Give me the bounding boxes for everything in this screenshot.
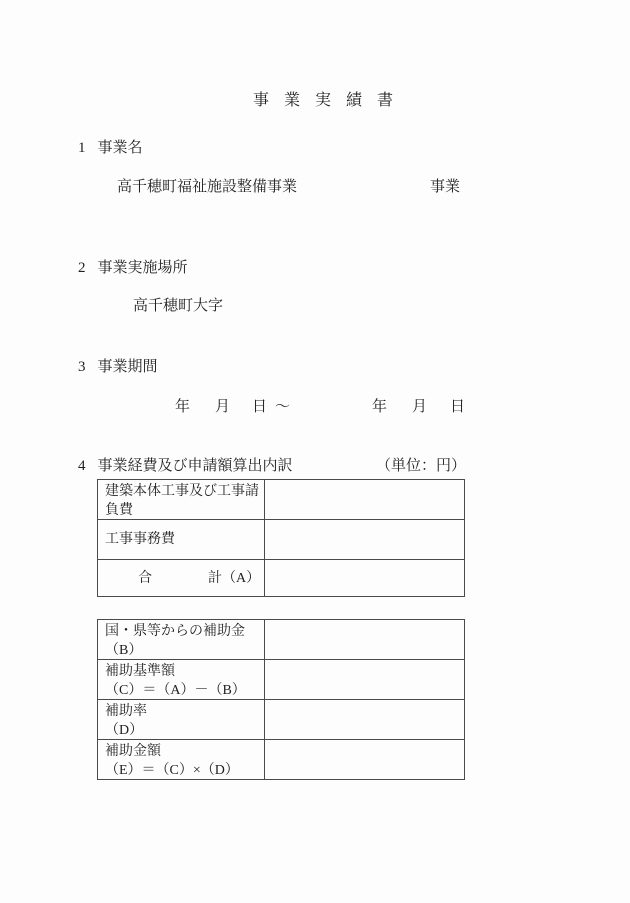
period-start-month-label: 月 <box>215 398 230 416</box>
subsidy-table-row-grant: 国・県等からの補助金 （B） <box>98 620 464 659</box>
section-2-title: 事業実施場所 <box>98 259 188 277</box>
row-label-line1: 補助金額 <box>105 742 262 761</box>
row-value-cell <box>265 660 464 699</box>
section-3-heading: 3 事業期間 <box>78 358 158 376</box>
period-start-year-label: 年 <box>175 398 190 416</box>
section-1-number: 1 <box>78 139 86 157</box>
row-value-cell <box>265 480 464 519</box>
section-4-title: 事業経費及び申請額算出内訳 <box>98 457 293 475</box>
row-value-cell <box>265 560 464 596</box>
period-end-month-label: 月 <box>412 398 427 416</box>
section-4-number: 4 <box>78 457 86 475</box>
cost-table-row-admin: 工事事務費 <box>98 519 464 559</box>
subsidy-table-row-base-amount: 補助基準額 （C）＝（A）－（B） <box>98 659 464 699</box>
row-label-cell: 合 計（A） <box>98 560 265 596</box>
section-2-heading: 2 事業実施場所 <box>78 259 188 277</box>
document-title: 事業実績書 <box>253 87 408 110</box>
cost-table-row-construction: 建築本体工事及び工事請負費 <box>98 480 464 519</box>
subsidy-table-row-rate: 補助率 （D） <box>98 699 464 739</box>
row-label-line2: （D） <box>105 721 262 739</box>
row-value-cell <box>265 520 464 559</box>
row-label-line2: （B） <box>105 641 262 659</box>
row-label-cell: 補助率 （D） <box>98 700 265 739</box>
unit-note: （単位：円） <box>376 457 466 475</box>
subsidy-table: 国・県等からの補助金 （B） 補助基準額 （C）＝（A）－（B） 補助率 （D）… <box>97 619 465 780</box>
row-label-line2: （E）＝（C）×（D） <box>105 761 262 779</box>
row-label-line2: （C）＝（A）－（B） <box>105 681 262 699</box>
section-1-heading: 1 事業名 <box>78 139 143 157</box>
location-text: 高千穂町大字 <box>133 297 223 315</box>
row-label-cell: 国・県等からの補助金 （B） <box>98 620 265 659</box>
row-label-cell: 建築本体工事及び工事請負費 <box>98 480 265 519</box>
row-value-cell <box>265 700 464 739</box>
period-tilde: ～ <box>275 398 290 416</box>
row-label-cell: 補助金額 （E）＝（C）×（D） <box>98 740 265 779</box>
period-line: 年 月 日 ～ 年 月 日 <box>0 398 630 418</box>
business-name-suffix: 事業 <box>430 178 460 196</box>
document-page: 事業実績書 1 事業名 高千穂町福祉施設整備事業 事業 2 事業実施場所 高千穂… <box>0 0 630 903</box>
section-1-title: 事業名 <box>98 139 143 157</box>
cost-table: 建築本体工事及び工事請負費 工事事務費 合 計（A） <box>97 479 465 597</box>
row-label-cell: 補助基準額 （C）＝（A）－（B） <box>98 660 265 699</box>
section-3-number: 3 <box>78 358 86 376</box>
section-3-title: 事業期間 <box>98 358 158 376</box>
row-label-line1: 補助率 <box>105 702 262 721</box>
period-start-day-label: 日 <box>252 398 267 416</box>
row-label-cell: 工事事務費 <box>98 520 265 559</box>
section-4-heading: 4 事業経費及び申請額算出内訳 <box>78 457 293 475</box>
row-value-cell <box>265 740 464 779</box>
row-label-line1: 補助基準額 <box>105 662 262 681</box>
period-end-day-label: 日 <box>450 398 465 416</box>
business-name-text: 高千穂町福祉施設整備事業 <box>117 178 297 196</box>
row-value-cell <box>265 620 464 659</box>
row-label-line1: 国・県等からの補助金 <box>105 622 262 641</box>
cost-table-row-total: 合 計（A） <box>98 559 464 596</box>
section-2-number: 2 <box>78 259 86 277</box>
subsidy-table-row-amount: 補助金額 （E）＝（C）×（D） <box>98 739 464 779</box>
period-end-year-label: 年 <box>372 398 387 416</box>
